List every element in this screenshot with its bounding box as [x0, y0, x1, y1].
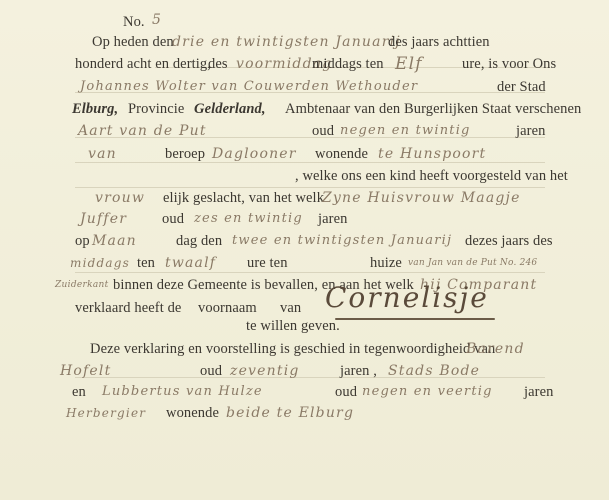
closing-lines [0, 0, 609, 500]
